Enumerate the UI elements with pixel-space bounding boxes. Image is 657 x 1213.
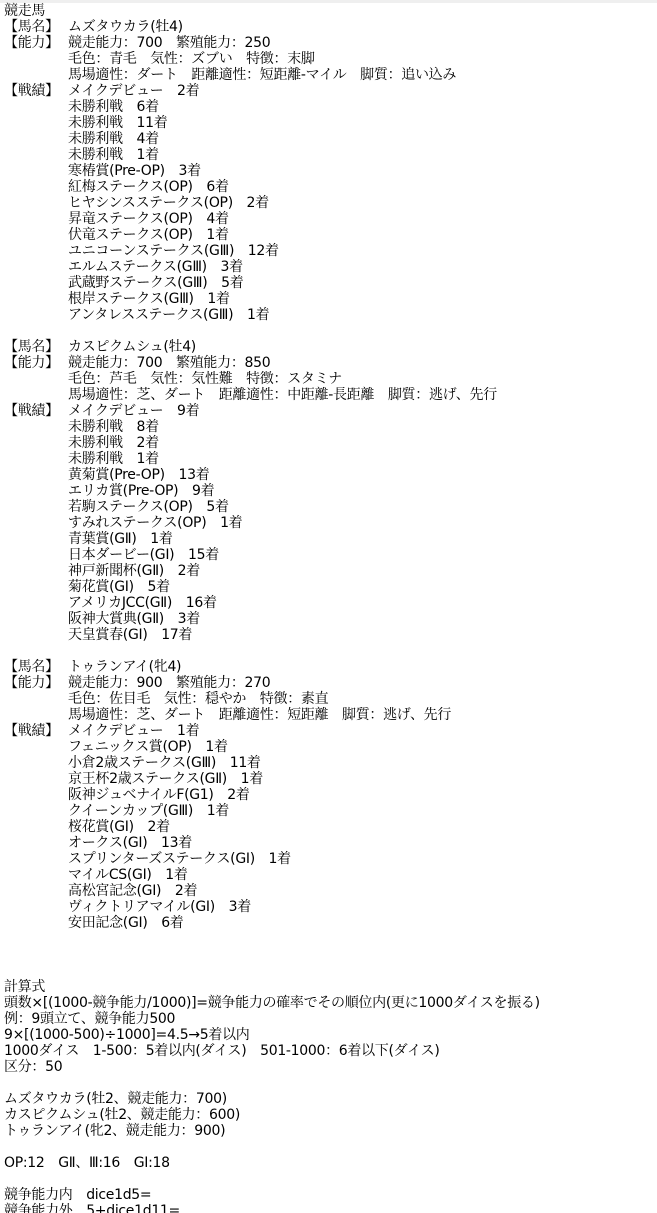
race-result: エリカ賞(Pre-OP) 9着: [4, 483, 657, 499]
formula-line: 例：9頭立て、競争能力500: [4, 1011, 657, 1027]
horse-entry-2: 【馬名】カスピクムシュ(牡4) 【能力】競走能力：700 繁殖能力：850 毛色…: [4, 339, 657, 643]
race-result: 黄菊賞(Pre-OP) 13着: [4, 467, 657, 483]
race-result: アメリカJCC(GⅡ) 16着: [4, 595, 657, 611]
record-label: 【戦績】: [4, 83, 68, 99]
race-result: マイルCS(GⅠ) 1着: [4, 867, 657, 883]
formula-line: 1000ダイス 1-500：5着以内(ダイス) 501-1000：6着以下(ダイ…: [4, 1043, 657, 1059]
race-result: 寒椿賞(Pre-OP) 3着: [4, 163, 657, 179]
race-result: 武蔵野ステークス(GⅢ) 5着: [4, 275, 657, 291]
spacer: [4, 1171, 657, 1187]
horse-name: ムズタウカラ(牡4): [68, 19, 657, 35]
dice-line: 競争能力内 dice1d5=: [4, 1187, 657, 1203]
horse-ability: 競走能力：700 繁殖能力：850: [68, 355, 657, 371]
grade-counts: OP:12 GⅡ、Ⅲ:16 GⅠ:18: [4, 1155, 657, 1171]
race-result: オークス(GⅠ) 13着: [4, 835, 657, 851]
horse-aptitude: 馬場適性：ダート 距離適性：短距離-マイル 脚質：追い込み: [4, 67, 657, 83]
formula-heading: 計算式: [4, 979, 657, 995]
race-result: 天皇賞春(GⅠ) 17着: [4, 627, 657, 643]
race-result: 桜花賞(GⅠ) 2着: [4, 819, 657, 835]
race-result: ユニコーンステークス(GⅢ) 12着: [4, 243, 657, 259]
race-result: 阪神大賞典(GⅡ) 3着: [4, 611, 657, 627]
race-result: クイーンカップ(GⅢ) 1着: [4, 803, 657, 819]
horse-aptitude: 馬場適性：芝、ダート 距離適性：中距離-長距離 脚質：逃げ、先行: [4, 387, 657, 403]
spacer: [4, 1075, 657, 1091]
ability-label: 【能力】: [4, 35, 68, 51]
race-result: 若駒ステークス(OP) 5着: [4, 499, 657, 515]
race-result: 京王杯2歳ステークス(GⅡ) 1着: [4, 771, 657, 787]
formula-line: 9×[(1000-500)÷1000]=4.5→5着以内: [4, 1027, 657, 1043]
summary-line: ムズタウカラ(牡2、競走能力：700): [4, 1091, 657, 1107]
spacer: [4, 1139, 657, 1155]
race-result: スプリンターズステークス(GⅠ) 1着: [4, 851, 657, 867]
horse-traits: 毛色：青毛 気性：ズブい 特徴：末脚: [4, 51, 657, 67]
horse-traits: 毛色：佐目毛 気性：穏やか 特徴：素直: [4, 691, 657, 707]
race-result: 未勝利戦 4着: [4, 131, 657, 147]
race-result: すみれステークス(OP) 1着: [4, 515, 657, 531]
page-title: 競走馬: [4, 3, 657, 19]
name-label: 【馬名】: [4, 659, 68, 675]
spacer: [4, 643, 657, 659]
race-result: 未勝利戦 11着: [4, 115, 657, 131]
race-result: 阪神ジュベナイルF(G1) 2着: [4, 787, 657, 803]
spacer: [4, 931, 657, 979]
race-result: 未勝利戦 6着: [4, 99, 657, 115]
race-result: 神戸新聞杯(GⅡ) 2着: [4, 563, 657, 579]
race-result: 紅梅ステークス(OP) 6着: [4, 179, 657, 195]
race-result: メイクデビュー 1着: [68, 723, 657, 739]
race-result: ヒヤシンスステークス(OP) 2着: [4, 195, 657, 211]
document-body: 競走馬 【馬名】ムズタウカラ(牡4) 【能力】競走能力：700 繁殖能力：250…: [4, 3, 657, 1213]
race-result: メイクデビュー 9着: [68, 403, 657, 419]
race-result: 安田記念(GⅠ) 6着: [4, 915, 657, 931]
formula-line: 区分：50: [4, 1059, 657, 1075]
horse-traits: 毛色：芦毛 気性：気性難 特徴：スタミナ: [4, 371, 657, 387]
horse-name: トゥランアイ(牝4): [68, 659, 657, 675]
horse-ability: 競走能力：700 繁殖能力：250: [68, 35, 657, 51]
race-result: ヴィクトリアマイル(GⅠ) 3着: [4, 899, 657, 915]
race-result: 根岸ステークス(GⅢ) 1着: [4, 291, 657, 307]
record-label: 【戦績】: [4, 403, 68, 419]
race-result: 未勝利戦 8着: [4, 419, 657, 435]
race-result: 菊花賞(GⅠ) 5着: [4, 579, 657, 595]
record-label: 【戦績】: [4, 723, 68, 739]
spacer: [4, 323, 657, 339]
dice-line: 競争能力外 5+dice1d11=: [4, 1203, 657, 1213]
race-result: 伏竜ステークス(OP) 1着: [4, 227, 657, 243]
race-result: 高松宮記念(GⅠ) 2着: [4, 883, 657, 899]
horse-entry-3: 【馬名】トゥランアイ(牝4) 【能力】競走能力：900 繁殖能力：270 毛色：…: [4, 659, 657, 931]
horse-entry-1: 【馬名】ムズタウカラ(牡4) 【能力】競走能力：700 繁殖能力：250 毛色：…: [4, 19, 657, 323]
race-result: エルムステークス(GⅢ) 3着: [4, 259, 657, 275]
race-result: アンタレスステークス(GⅢ) 1着: [4, 307, 657, 323]
ability-label: 【能力】: [4, 355, 68, 371]
horse-ability: 競走能力：900 繁殖能力：270: [68, 675, 657, 691]
dice-section: 競争能力内 dice1d5= 競争能力外 5+dice1d11=: [4, 1187, 657, 1213]
race-result: 日本ダービー(GⅠ) 15着: [4, 547, 657, 563]
race-result: 未勝利戦 1着: [4, 147, 657, 163]
ability-label: 【能力】: [4, 675, 68, 691]
summary-section: ムズタウカラ(牡2、競走能力：700) カスピクムシュ(牡2、競走能力：600)…: [4, 1091, 657, 1139]
summary-line: トゥランアイ(牝2、競走能力：900): [4, 1123, 657, 1139]
name-label: 【馬名】: [4, 339, 68, 355]
horse-aptitude: 馬場適性：芝、ダート 距離適性：短距離 脚質：逃げ、先行: [4, 707, 657, 723]
race-result: 昇竜ステークス(OP) 4着: [4, 211, 657, 227]
formula-line: 頭数×[(1000-競争能力/1000)]=競争能力の確率でその順位内(更に10…: [4, 995, 657, 1011]
race-result: 小倉2歳ステークス(GⅢ) 11着: [4, 755, 657, 771]
race-result: メイクデビュー 2着: [68, 83, 657, 99]
horse-name: カスピクムシュ(牡4): [68, 339, 657, 355]
race-result: 青葉賞(GⅡ) 1着: [4, 531, 657, 547]
race-result: 未勝利戦 2着: [4, 435, 657, 451]
summary-line: カスピクムシュ(牡2、競走能力：600): [4, 1107, 657, 1123]
race-result: 未勝利戦 1着: [4, 451, 657, 467]
race-result: フェニックス賞(OP) 1着: [4, 739, 657, 755]
formula-section: 計算式 頭数×[(1000-競争能力/1000)]=競争能力の確率でその順位内(…: [4, 979, 657, 1075]
name-label: 【馬名】: [4, 19, 68, 35]
